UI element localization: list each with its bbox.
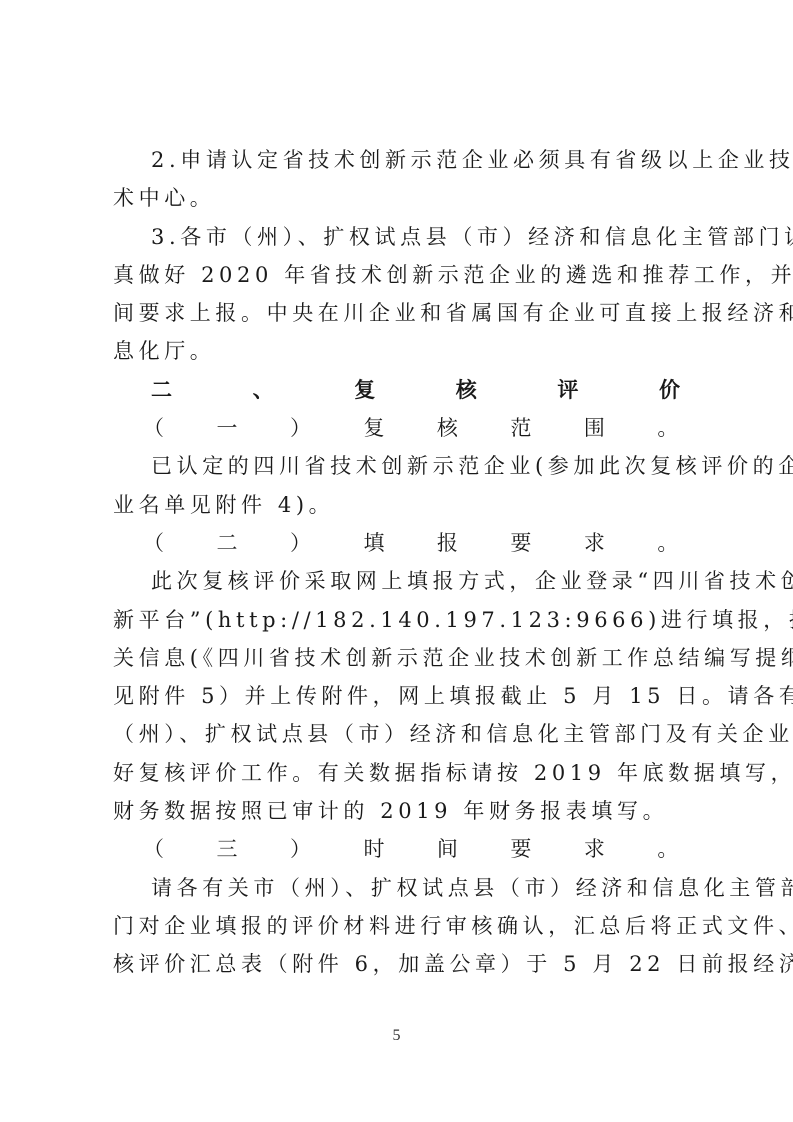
paragraph-filing-line-3: 关信息(《四川省技术创新示范企业技术创新工作总结编写提纲》 <box>113 639 683 677</box>
subheading-scope: （一）复核范围。 <box>113 409 683 447</box>
paragraph-item-3-line-1: 3.各市（州）、扩权试点县（市）经济和信息化主管部门认 <box>113 218 683 256</box>
paragraph-item-2-line-1: 2.申请认定省技术创新示范企业必须具有省级以上企业技 <box>113 141 683 179</box>
subheading-time-requirements: （三）时间要求。 <box>113 830 683 868</box>
subheading-filing-requirements: （二）填报要求。 <box>113 524 683 562</box>
paragraph-item-3-line-4: 息化厅。 <box>113 332 683 370</box>
paragraph-scope-line-1: 已认定的四川省技术创新示范企业(参加此次复核评价的企 <box>113 447 683 485</box>
page-number: 5 <box>0 1027 793 1045</box>
paragraph-item-2-line-2: 术中心。 <box>113 179 683 217</box>
section-heading-review: 二、复核评价 <box>113 371 683 409</box>
paragraph-filing-line-6: 好复核评价工作。有关数据指标请按 2019 年底数据填写，其中 <box>113 754 683 792</box>
paragraph-scope-line-2: 业名单见附件 4)。 <box>113 486 683 524</box>
paragraph-item-3-line-2: 真做好 2020 年省技术创新示范企业的遴选和推荐工作，并按时 <box>113 256 683 294</box>
paragraph-filing-line-2: 新平台”(http://182.140.197.123:9666)进行填报，按照… <box>113 601 683 639</box>
paragraph-item-3-line-3: 间要求上报。中央在川企业和省属国有企业可直接上报经济和信 <box>113 294 683 332</box>
paragraph-filing-line-4: 见附件 5）并上传附件，网上填报截止 5 月 15 日。请各有关市 <box>113 677 683 715</box>
paragraph-filing-line-5: （州）、扩权试点县（市）经济和信息化主管部门及有关企业做 <box>113 715 683 753</box>
paragraph-time-line-1: 请各有关市（州）、扩权试点县（市）经济和信息化主管部 <box>113 869 683 907</box>
paragraph-filing-line-1: 此次复核评价采取网上填报方式，企业登录“四川省技术创 <box>113 562 683 600</box>
paragraph-time-line-2: 门对企业填报的评价材料进行审核确认，汇总后将正式文件、复 <box>113 907 683 945</box>
paragraph-filing-line-7: 财务数据按照已审计的 2019 年财务报表填写。 <box>113 792 683 830</box>
document-body: 2.申请认定省技术创新示范企业必须具有省级以上企业技 术中心。 3.各市（州）、… <box>113 141 683 984</box>
paragraph-time-line-3: 核评价汇总表（附件 6，加盖公章）于 5 月 22 日前报经济和信 <box>113 945 683 983</box>
